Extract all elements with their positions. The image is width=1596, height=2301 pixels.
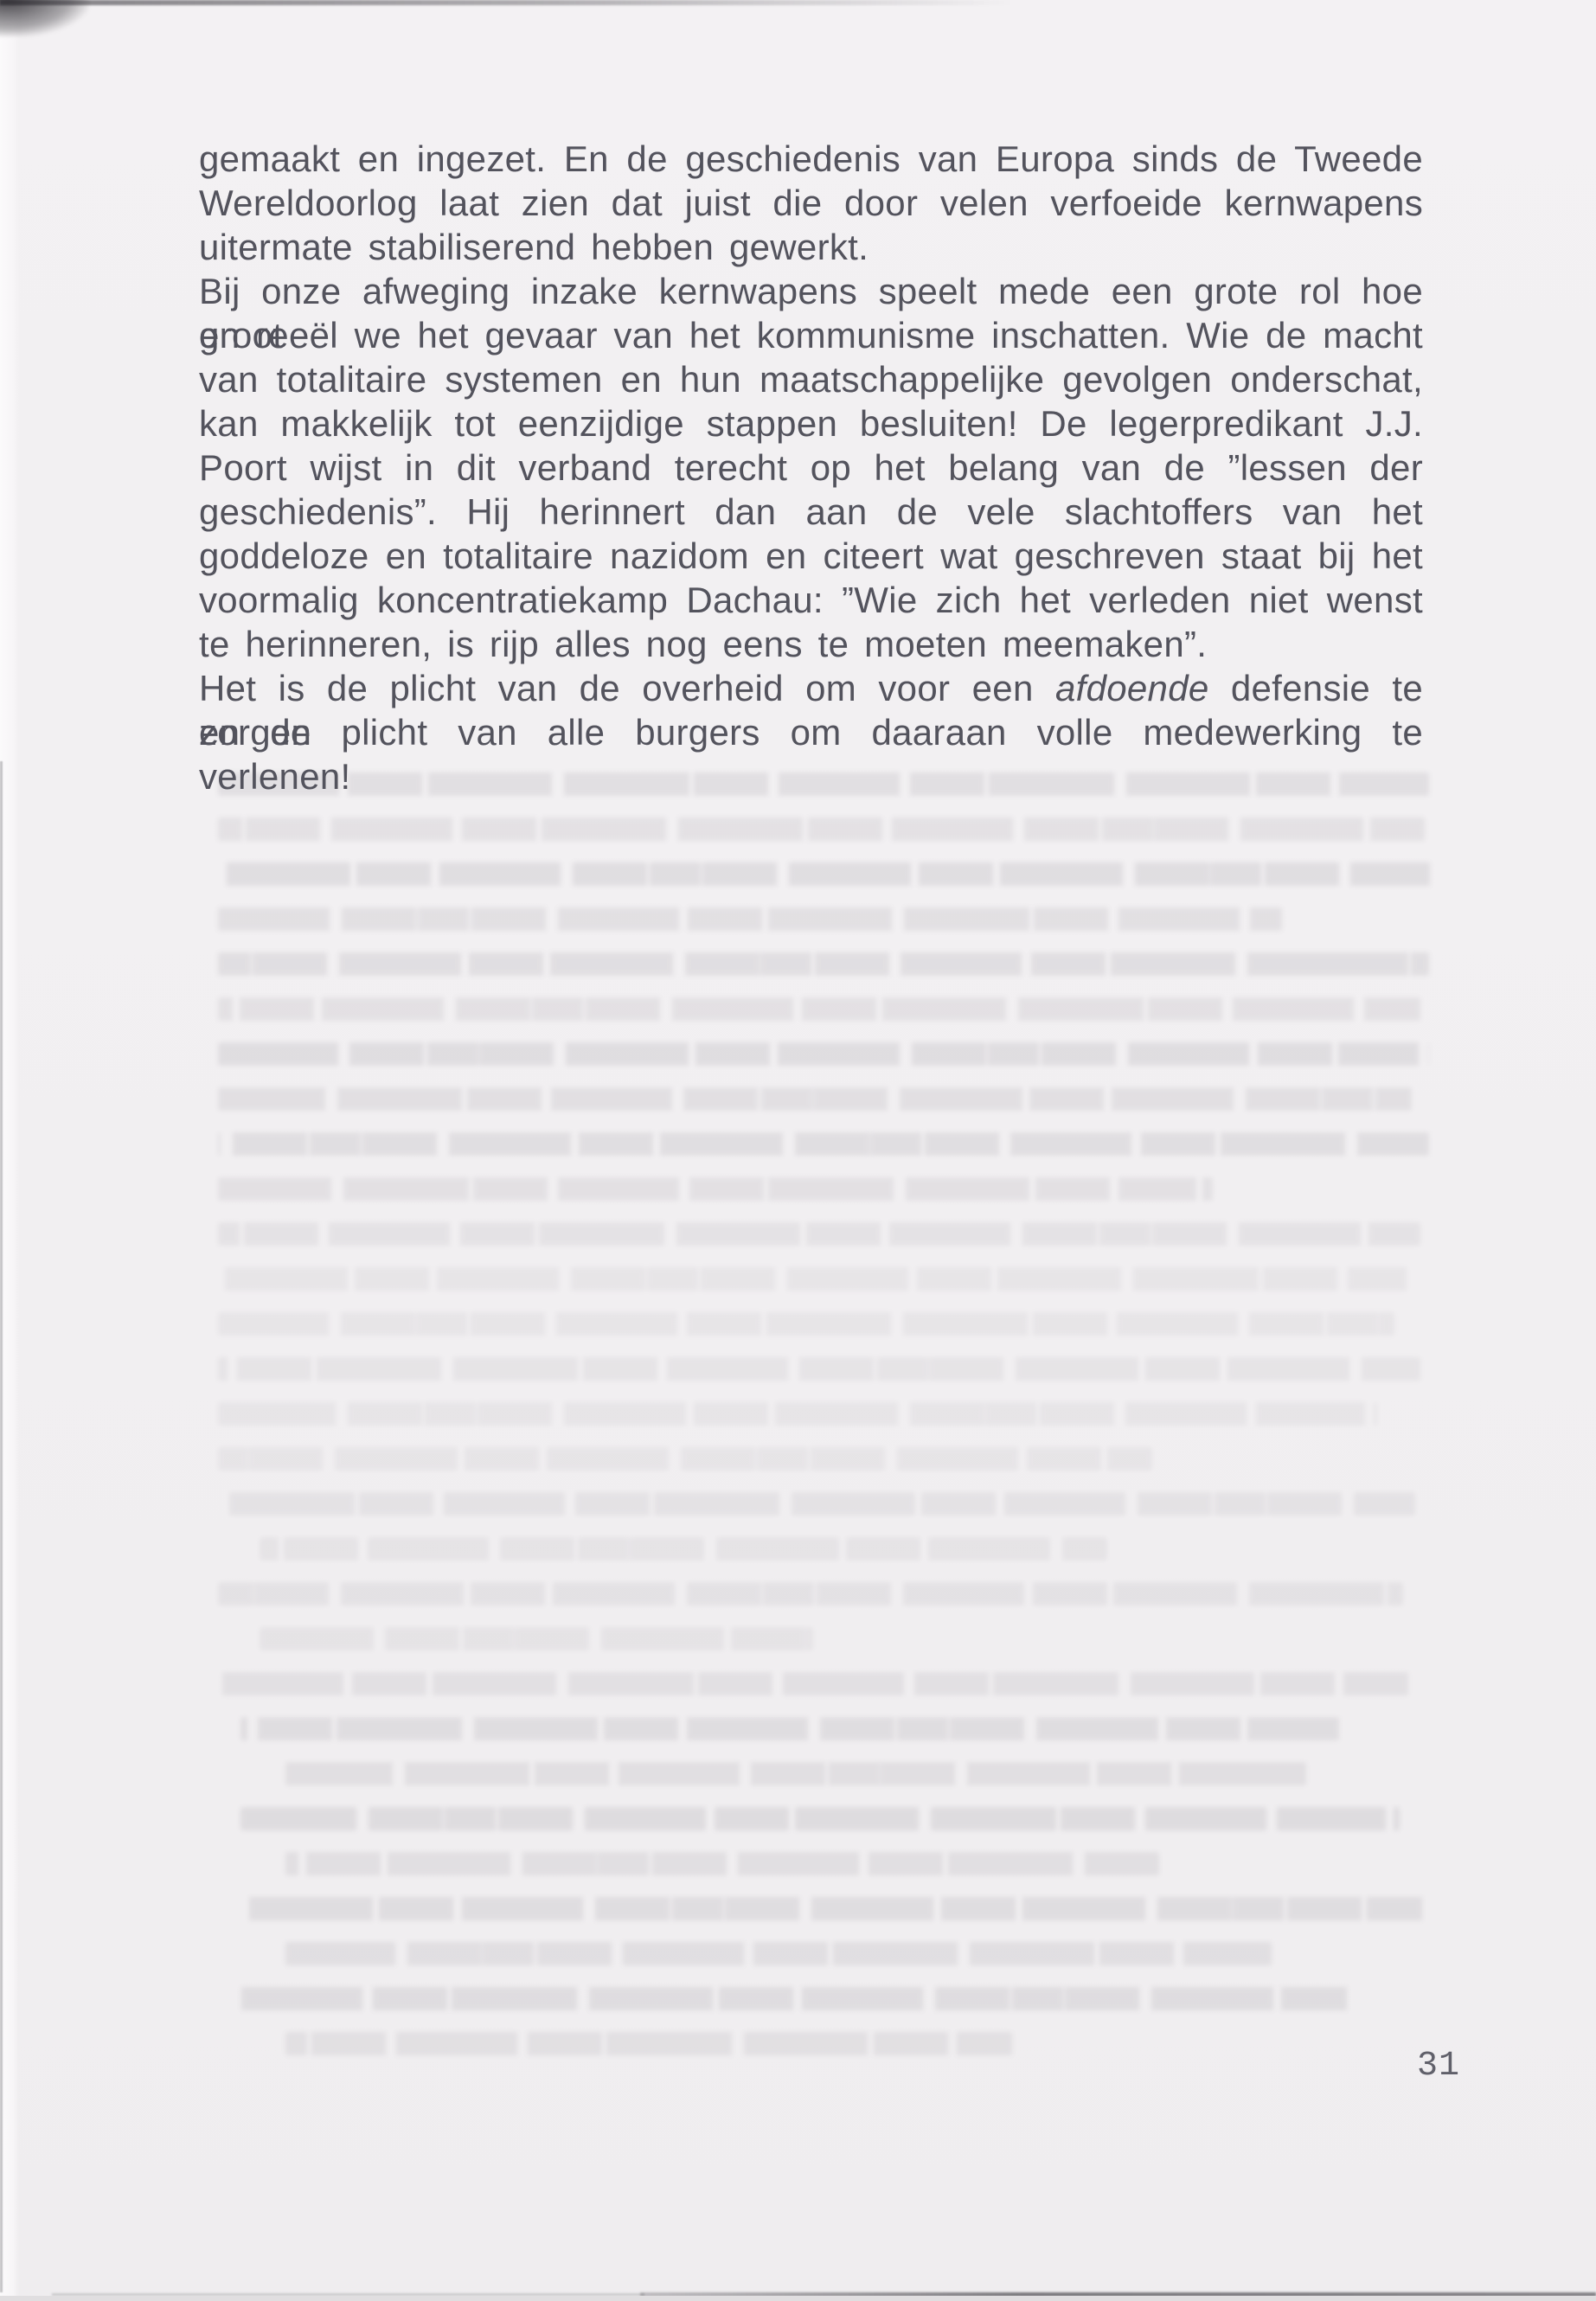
text-line: van totalitaire systemen en hun maatscha… xyxy=(199,357,1423,401)
ghost-line xyxy=(240,1987,1356,2010)
ghost-line xyxy=(218,772,1429,796)
ghost-line xyxy=(285,1942,1272,1965)
ghost-line xyxy=(260,1537,1107,1561)
ghost-line xyxy=(218,1582,1403,1606)
scanned-page: gemaakt en ingezet. En de geschiedenis v… xyxy=(0,0,1596,2301)
page-number: 31 xyxy=(1417,2047,1460,2086)
text-line: Wereldoorlog laat zien dat juist die doo… xyxy=(199,181,1423,225)
ghost-line xyxy=(218,1222,1420,1246)
ghost-line xyxy=(218,907,1282,931)
ghost-line xyxy=(240,1897,1426,1920)
ghost-line xyxy=(218,1672,1416,1695)
ghost-line xyxy=(218,817,1425,841)
ghost-line xyxy=(218,1177,1213,1201)
scan-edge-left xyxy=(0,761,3,2292)
ghost-line xyxy=(285,2032,1012,2055)
ghost-line xyxy=(218,1357,1420,1381)
ghost-line xyxy=(218,1042,1429,1066)
ghost-line xyxy=(218,997,1420,1021)
ghost-line xyxy=(218,1267,1412,1291)
ghost-line xyxy=(218,1492,1416,1516)
ghost-line xyxy=(285,1852,1159,1875)
text-line: Het is de plicht van de overheid om voor… xyxy=(199,666,1423,710)
text-line: gemaakt en ingezet. En de geschiedenis v… xyxy=(199,137,1423,181)
ghost-line xyxy=(218,862,1433,886)
scan-corner-mark xyxy=(0,0,88,36)
ghost-line xyxy=(218,1312,1394,1336)
text-line: te herinneren, is rijp alles nog eens te… xyxy=(199,622,1423,666)
ghost-line xyxy=(240,1807,1400,1830)
ghost-line xyxy=(218,1447,1152,1471)
text-line: en reeël we het gevaar van het kommunism… xyxy=(199,313,1423,357)
ghost-line xyxy=(218,1402,1377,1426)
ghost-line xyxy=(260,1627,813,1650)
ghost-line xyxy=(218,1132,1429,1156)
body-text: gemaakt en ingezet. En de geschiedenis v… xyxy=(199,137,1423,754)
text-line: uitermate stabiliserend hebben gewerkt. xyxy=(199,225,1423,269)
scan-edge-top xyxy=(0,0,1012,5)
text-line: Bij onze afweging inzake kernwapens spee… xyxy=(199,269,1423,313)
ghost-line xyxy=(285,1762,1306,1785)
text-line: Poort wijst in dit verband terecht op he… xyxy=(199,445,1423,490)
ghost-line xyxy=(218,1087,1412,1111)
text-line: kan makkelijk tot eenzijdige stappen bes… xyxy=(199,401,1423,445)
ghost-line xyxy=(218,952,1429,976)
text-line: voormalig koncentratiekamp Dachau: ”Wie … xyxy=(199,578,1423,622)
text-line: goddeloze en totalitaire nazidom en cite… xyxy=(199,534,1423,578)
ghost-line xyxy=(240,1717,1339,1740)
scan-bottom-band xyxy=(0,2296,1596,2301)
text-line: geschiedenis”. Hij herinnert dan aan de … xyxy=(199,490,1423,534)
text-line: en de plicht van alle burgers om daaraan… xyxy=(199,710,1423,754)
